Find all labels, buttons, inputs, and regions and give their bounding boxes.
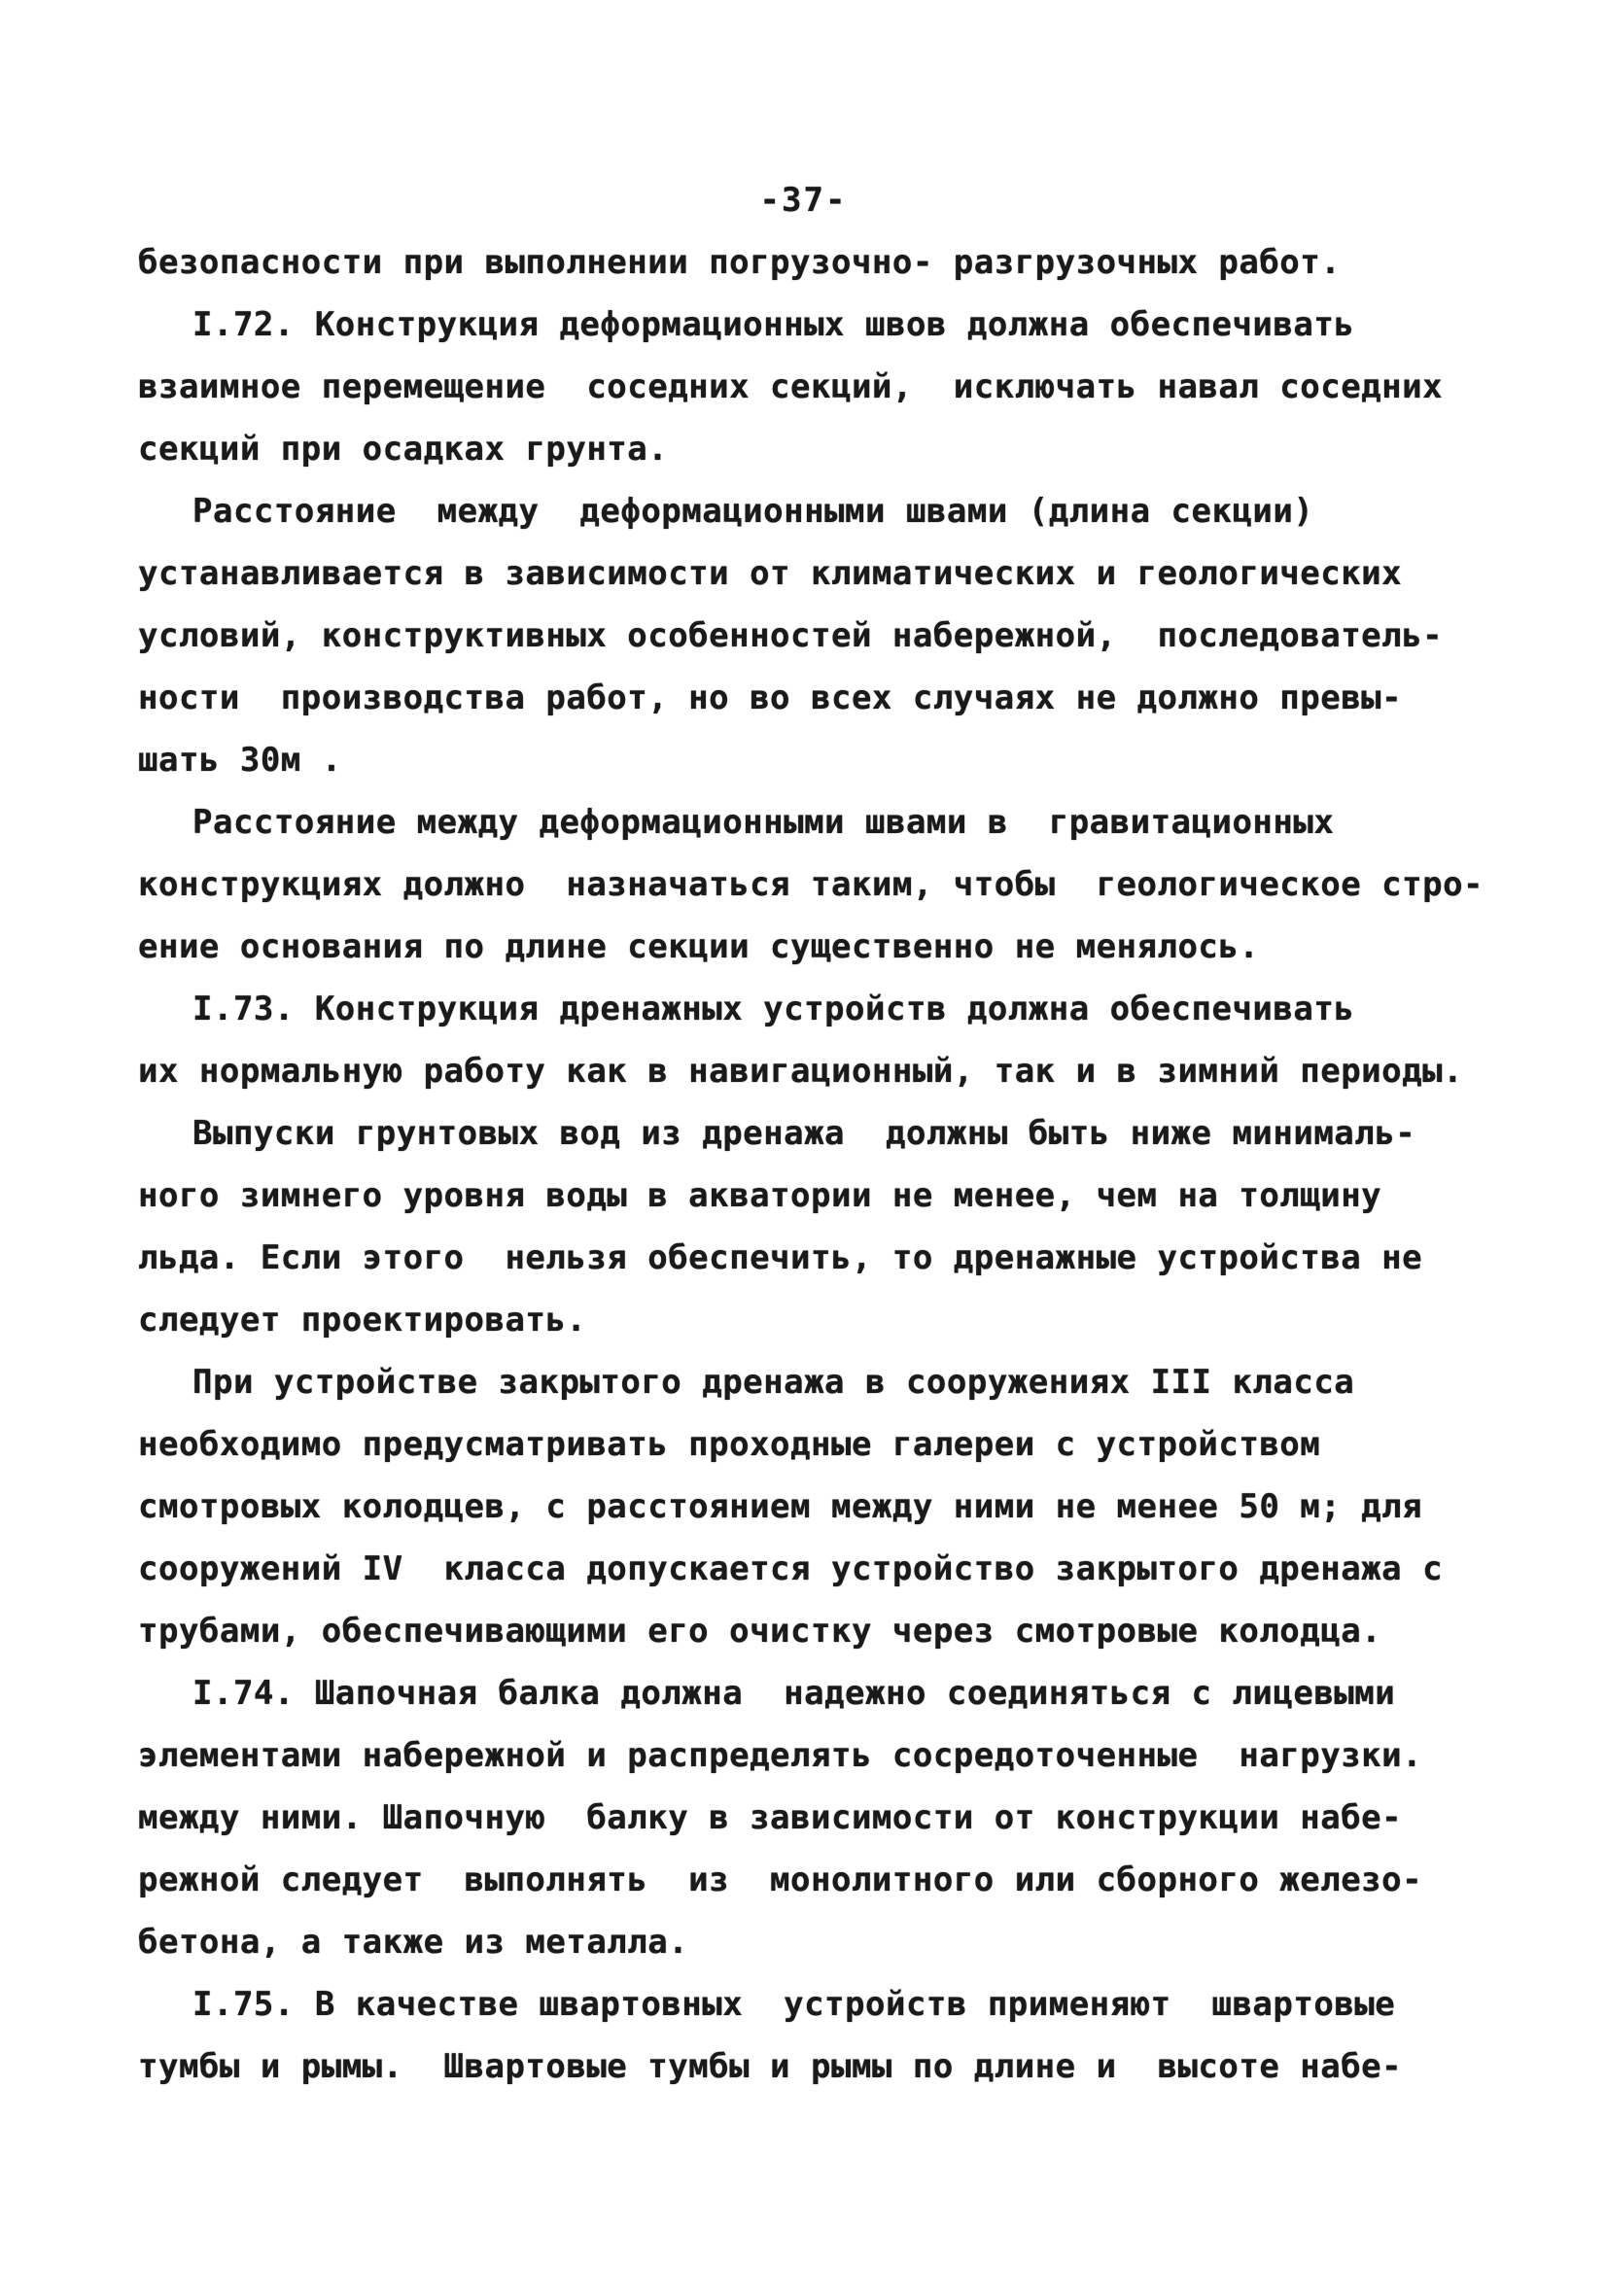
text-line: устанавливается в зависимости от климати… (138, 542, 1519, 605)
text-line: шать 30м . (138, 729, 1519, 791)
text-line: условий, конструктивных особенностей наб… (138, 605, 1519, 667)
text-line: смотровых колодцев, с расстоянием между … (138, 1476, 1519, 1538)
text-line: льда. Если этого нельзя обеспечить, то д… (138, 1227, 1519, 1289)
text-line: Расстояние между деформационными швами (… (138, 480, 1519, 542)
text-line: I.73. Конструкция дренажных устройств до… (138, 978, 1519, 1040)
text-line: режной следует выполнять из монолитного … (138, 1849, 1519, 1911)
text-line: ности производства работ, но во всех слу… (138, 667, 1519, 729)
page-number: -37- (0, 181, 1607, 220)
text-line: секций при осадках грунта. (138, 418, 1519, 480)
page-body: безопасности при выполнении погрузочно- … (138, 231, 1519, 2098)
text-line: взаимное перемещение соседних секций, ис… (138, 356, 1519, 418)
text-line: необходимо предусматривать проходные гал… (138, 1413, 1519, 1476)
text-line: между ними. Шапочную балку в зависимости… (138, 1787, 1519, 1849)
document-page: -37- безопасности при выполнении погрузо… (0, 0, 1607, 2296)
text-line: ного зимнего уровня воды в акватории не … (138, 1165, 1519, 1227)
text-line: При устройстве закрытого дренажа в соору… (138, 1351, 1519, 1413)
text-line: сооружений IV класса допускается устройс… (138, 1538, 1519, 1600)
text-line: бетона, а также из металла. (138, 1911, 1519, 1973)
text-line: конструкциях должно назначаться таким, ч… (138, 853, 1519, 916)
text-line: их нормальную работу как в навигационный… (138, 1040, 1519, 1102)
text-line: I.75. В качестве швартовных устройств пр… (138, 1973, 1519, 2035)
text-line: Выпуски грунтовых вод из дренажа должны … (138, 1102, 1519, 1165)
text-line: Расстояние между деформационными швами в… (138, 791, 1519, 853)
text-line: трубами, обеспечивающими его очистку чер… (138, 1600, 1519, 1662)
text-line: следует проектировать. (138, 1289, 1519, 1351)
text-line: тумбы и рымы. Швартовые тумбы и рымы по … (138, 2035, 1519, 2098)
text-line: элементами набережной и распределять сос… (138, 1724, 1519, 1787)
text-line: I.74. Шапочная балка должна надежно соед… (138, 1662, 1519, 1724)
text-line: безопасности при выполнении погрузочно- … (138, 231, 1519, 294)
text-line: ение основания по длине секции существен… (138, 916, 1519, 978)
text-line: I.72. Конструкция деформационных швов до… (138, 294, 1519, 356)
